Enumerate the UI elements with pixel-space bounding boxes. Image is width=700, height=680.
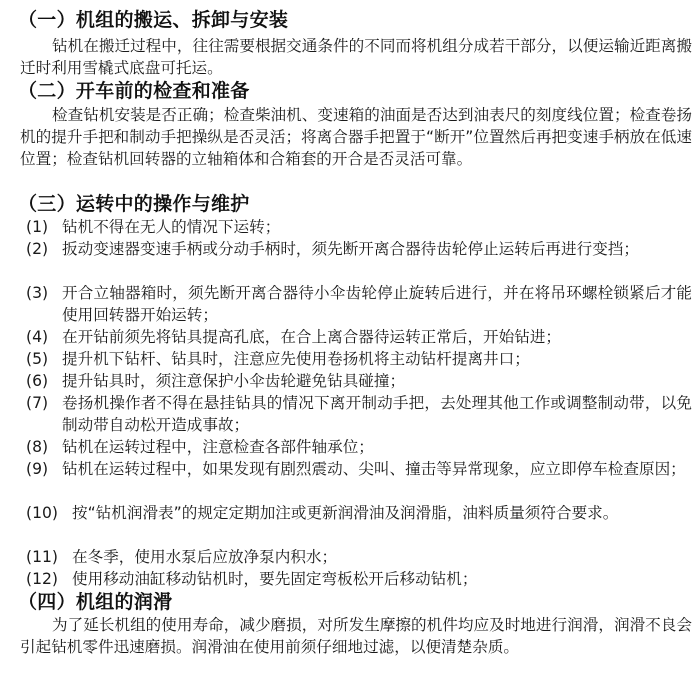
document-page: （一）机组的搬运、拆卸与安装 钻机在搬迁过程中，往往需要根据交通条件的不同而将机… [0, 0, 700, 680]
list-item: (10)按“钻机润滑表”的规定定期加注或更新润滑油及润滑脂，油料质量须符合要求。 [26, 502, 692, 524]
section-body-precheck: 检查钻机安装是否正确；检查柴油机、变速箱的油面是否达到油表尺的刻度线位置；检查卷… [20, 104, 692, 171]
paragraph-text: 检查钻机安装是否正确；检查柴油机、变速箱的油面是否达到油表尺的刻度线位置；检查卷… [20, 106, 692, 168]
list-item: (5)提升机下钻杆、钻具时，注意应先使用卷扬机将主动钻杆提离井口； [26, 348, 692, 370]
list-item-number: (6) [26, 370, 48, 392]
list-item-number: (11) [26, 546, 58, 568]
list-item-number: (4) [26, 326, 48, 348]
list-item-text: 在开钻前须先将钻具提高孔底，在合上离合器待运转正常后，开始钻进； [62, 326, 692, 348]
list-item: (12)使用移动油缸移动钻机时，要先固定弯板松开后移动钻机； [26, 568, 692, 590]
list-item-text: 钻机在运转过程中，注意检查各部件轴承位； [62, 436, 692, 458]
list-item: (8)钻机在运转过程中，注意检查各部件轴承位； [26, 436, 692, 458]
section-heading-operation: （三）运转中的操作与维护 [18, 192, 250, 216]
list-item-number: (2) [26, 238, 48, 260]
list-item: (1)钻机不得在无人的情况下运转； [26, 216, 692, 238]
section-body-transport: 钻机在搬迁过程中，往往需要根据交通条件的不同而将机组分成若干部分，以便运输近距离… [20, 35, 692, 79]
list-item-number: (9) [26, 458, 48, 480]
list-item-text: 提升机下钻杆、钻具时，注意应先使用卷扬机将主动钻杆提离井口； [62, 348, 692, 370]
list-item-text: 卷扬机操作者不得在悬挂钻具的情况下离开制动手把，去处理其他工作或调整制动带，以免… [62, 392, 692, 436]
list-item: (6)提升钻具时，须注意保护小伞齿轮避免钻具碰撞； [26, 370, 692, 392]
list-item-text: 在冬季，使用水泵后应放净泵内积水； [72, 546, 692, 568]
list-item-text: 按“钻机润滑表”的规定定期加注或更新润滑油及润滑脂，油料质量须符合要求。 [72, 502, 692, 524]
paragraph-text: 钻机在搬迁过程中，往往需要根据交通条件的不同而将机组分成若干部分，以便运输近距离… [20, 37, 692, 77]
list-item: (2)扳动变速器变速手柄或分动手柄时，须先断开离合器待齿轮停止运转后再进行变挡； [26, 238, 692, 260]
list-item-text: 开合立轴器箱时，须先断开离合器待小伞齿轮停止旋转后进行，并在将吊环螺栓锁紧后才能… [62, 282, 692, 326]
list-item: (9)钻机在运转过程中，如果发现有剧烈震动、尖叫、撞击等异常现象，应立即停车检查… [26, 458, 692, 480]
list-item-text: 使用移动油缸移动钻机时，要先固定弯板松开后移动钻机； [72, 568, 692, 590]
list-item-number: (7) [26, 392, 48, 414]
list-item: (11)在冬季，使用水泵后应放净泵内积水； [26, 546, 692, 568]
list-item-number: (5) [26, 348, 48, 370]
list-item-number: (1) [26, 216, 48, 238]
list-item-text: 提升钻具时，须注意保护小伞齿轮避免钻具碰撞； [62, 370, 692, 392]
list-item-text: 扳动变速器变速手柄或分动手柄时，须先断开离合器待齿轮停止运转后再进行变挡； [62, 238, 692, 260]
section-heading-transport: （一）机组的搬运、拆卸与安装 [18, 8, 288, 32]
list-item: (4)在开钻前须先将钻具提高孔底，在合上离合器待运转正常后，开始钻进； [26, 326, 692, 348]
section-heading-precheck: （二）开车前的检查和准备 [18, 79, 250, 103]
list-item-number: (3) [26, 282, 48, 304]
list-item: (7)卷扬机操作者不得在悬挂钻具的情况下离开制动手把，去处理其他工作或调整制动带… [26, 392, 692, 436]
list-item-number: (10) [26, 502, 58, 524]
list-item-text: 钻机不得在无人的情况下运转； [62, 216, 692, 238]
list-item-number: (8) [26, 436, 48, 458]
paragraph-text: 为了延长机组的使用寿命，减少磨损，对所发生摩擦的机件均应及时地进行润滑，润滑不良… [20, 616, 692, 656]
list-item: (3)开合立轴器箱时，须先断开离合器待小伞齿轮停止旋转后进行，并在将吊环螺栓锁紧… [26, 282, 692, 326]
section-body-lubrication: 为了延长机组的使用寿命，减少磨损，对所发生摩擦的机件均应及时地进行润滑，润滑不良… [20, 614, 692, 658]
list-item-text: 钻机在运转过程中，如果发现有剧烈震动、尖叫、撞击等异常现象，应立即停车检查原因； [62, 458, 692, 480]
list-item-number: (12) [26, 568, 58, 590]
section-heading-lubrication: （四）机组的润滑 [18, 590, 172, 614]
